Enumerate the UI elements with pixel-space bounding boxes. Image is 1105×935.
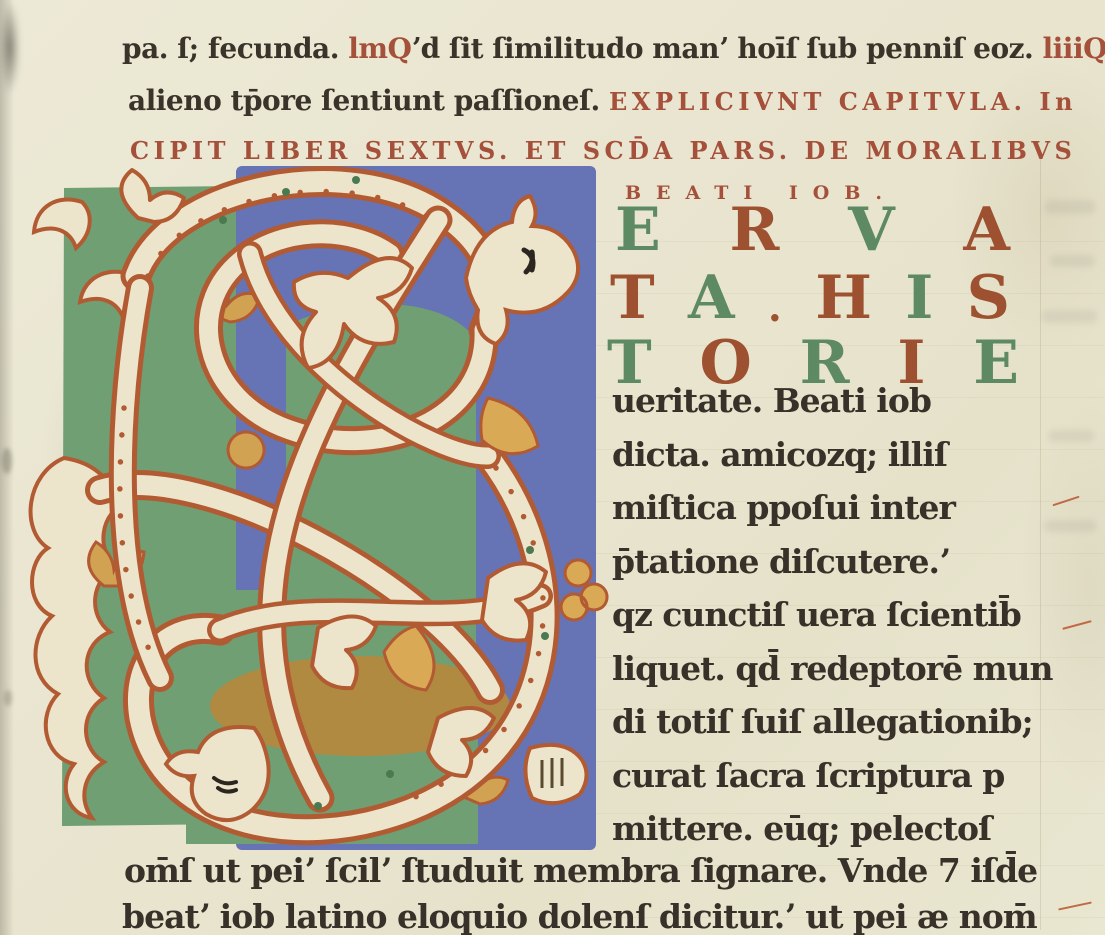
margin-stain <box>4 690 12 706</box>
display-capital: A <box>688 268 735 328</box>
display-capitals-row-1: ERVA <box>615 200 1010 260</box>
text-line: miſtica ppoſui inter <box>612 488 1062 542</box>
margin-stain <box>2 448 12 474</box>
text-segment: EXPLICIVNT CAPITVLA. In <box>609 87 1077 116</box>
text-line: dicta. amicozq; illiſ <box>612 435 1062 489</box>
text-line: liquet. qd̄ redeptorē mun <box>612 649 1062 703</box>
text-segment: pa. ſ; fecunda. <box>122 32 348 65</box>
dragon-head-bottom-right <box>525 745 586 803</box>
display-capital: R <box>729 200 779 260</box>
corner-smudge <box>0 0 20 95</box>
display-capital: H <box>815 268 872 328</box>
bottom-text-line: om̄ſ ut peiʼ ſcilʼ ſtuduit membra ſignar… <box>124 851 1037 890</box>
bottom-text-line: beatʼ iob latino eloquio dolenſ dicitur.… <box>122 897 1037 935</box>
display-capital: V <box>848 200 895 260</box>
text-segment: liiiQ <box>1043 32 1105 65</box>
text-line: curat ſacra ſcriptura p <box>612 756 1062 810</box>
bleedthrough-mark <box>1050 255 1095 267</box>
display-capital: . <box>768 288 782 328</box>
manuscript-page: pa. ſ; fecunda. lmQʼd ſit ſimilitudo man… <box>0 0 1105 935</box>
text-segment: alieno tp̄ore ſentiunt paſſioneſ. <box>128 84 609 117</box>
display-capital: A <box>963 200 1010 260</box>
text-line: di totiſ ſuiſ allegationib; <box>612 702 1062 756</box>
text-line: ueritate. Beati iob <box>612 381 1062 435</box>
display-capital: S <box>967 268 1010 328</box>
display-capital: E <box>615 200 661 260</box>
text-line: p̄tatione diſcutere.ʼ <box>612 542 1062 596</box>
display-capital: I <box>905 268 933 328</box>
display-capitals-row-2: TA.HIS <box>610 268 1010 328</box>
text-segment: ʼd ſit ſimilitudo manʼ hoīſ ſub penniſ e… <box>411 32 1042 65</box>
text-line: qz cunctiſ uera ſcientib̄ <box>612 595 1062 649</box>
body-text-column: ueritate. Beati iobdicta. amicozq; illiſ… <box>612 381 1062 863</box>
text-segment: lmQ <box>348 32 411 65</box>
bleedthrough-mark <box>1042 310 1097 323</box>
illuminated-initial-S <box>18 158 618 868</box>
explicit-line: alieno tp̄ore ſentiunt paſſioneſ. EXPLIC… <box>128 84 1077 117</box>
capitula-line: pa. ſ; fecunda. lmQʼd ſit ſimilitudo man… <box>122 32 1105 65</box>
bleedthrough-mark <box>1045 200 1095 214</box>
